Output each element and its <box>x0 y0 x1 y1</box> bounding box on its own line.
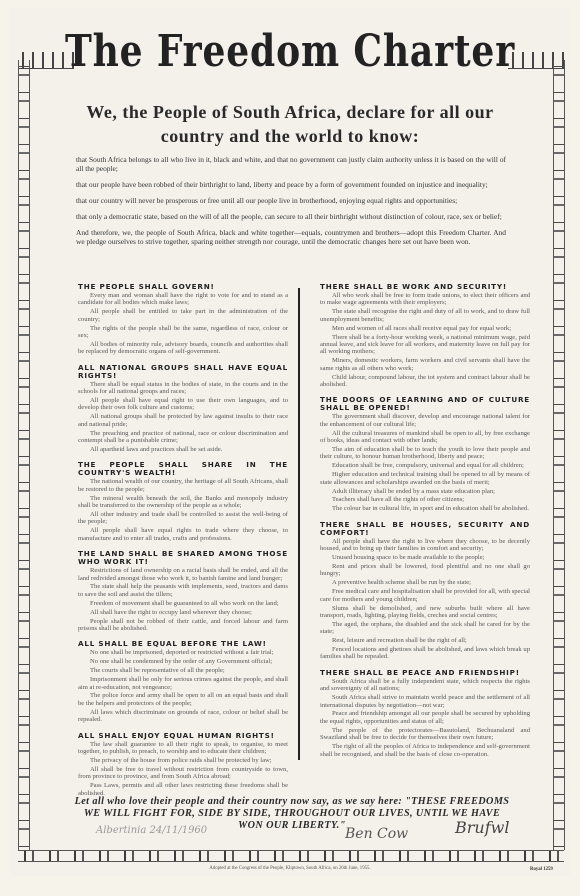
section-clause: Free medical care and hospitalisation sh… <box>320 588 530 603</box>
section-clause: The privacy of the house from police rai… <box>78 757 288 764</box>
section-clause: Restrictions of land ownership on a raci… <box>78 567 288 582</box>
section-clause: Unused housing space to be made availabl… <box>320 554 530 561</box>
section-clause: The courts shall be representative of al… <box>78 667 288 674</box>
left-column: THE PEOPLE SHALL GOVERN!Every man and wo… <box>78 283 288 805</box>
section-clause: All people shall have equal right to use… <box>78 397 288 412</box>
section-heading: THERE SHALL BE WORK AND SECURITY! <box>320 283 530 291</box>
section-clause: A preventive health scheme shall be run … <box>320 579 530 586</box>
section-clause: No one shall be imprisoned, deported or … <box>78 649 288 656</box>
section-clause: All national groups shall be protected b… <box>78 413 288 428</box>
charter-section: THERE SHALL BE WORK AND SECURITY!All who… <box>320 283 530 388</box>
section-clause: The police force and army shall be open … <box>78 692 288 707</box>
section-clause: All shall be free to travel without rest… <box>78 766 288 781</box>
section-clause: All people shall have the right to live … <box>320 538 530 553</box>
preamble-paragraph: that only a democratic state, based on t… <box>76 213 506 222</box>
preamble-paragraph: that our people have been robbed of thei… <box>76 181 506 190</box>
section-clause: The mineral wealth beneath the soil, the… <box>78 495 288 510</box>
section-clause: Rest, leisure and recreation shall be th… <box>320 637 530 644</box>
section-heading: THE PEOPLE SHALL GOVERN! <box>78 283 288 291</box>
document-title: The Freedom Charter <box>52 26 528 77</box>
section-clause: Slums shall be demolished, and new subur… <box>320 605 530 620</box>
section-clause: People shall not be robbed of their catt… <box>78 618 288 633</box>
charter-section: THE PEOPLE SHALL SHARE IN THE COUNTRY'S … <box>78 461 288 542</box>
charter-section: THERE SHALL BE HOUSES, SECURITY AND COMF… <box>320 521 530 661</box>
section-clause: The government shall discover, develop a… <box>320 413 530 428</box>
section-clause: Teachers shall have all the rights of ot… <box>320 496 530 503</box>
section-clause: Every man and woman shall have the right… <box>78 292 288 307</box>
charter-section: THE PEOPLE SHALL GOVERN!Every man and wo… <box>78 283 288 356</box>
section-clause: The colour bar in cultural life, in spor… <box>320 505 530 512</box>
section-clause: Freedom of movement shall be guaranteed … <box>78 600 288 607</box>
section-clause: All other industry and trade shall be co… <box>78 511 288 526</box>
section-clause: The preaching and practice of national, … <box>78 430 288 445</box>
charter-section: ALL NATIONAL GROUPS SHALL HAVE EQUAL RIG… <box>78 364 288 454</box>
signature-1: Ben Cow <box>345 826 408 842</box>
section-clause: Rent and prices shall be lowered, food p… <box>320 563 530 578</box>
preamble-paragraph: And therefore, we, the people of South A… <box>76 229 506 246</box>
section-heading: THE PEOPLE SHALL SHARE IN THE COUNTRY'S … <box>78 461 288 477</box>
charter-section: ALL SHALL BE EQUAL BEFORE THE LAW!No one… <box>78 640 288 723</box>
section-clause: Higher education and technical training … <box>320 471 530 486</box>
section-clause: Imprisonment shall be only for serious c… <box>78 676 288 691</box>
section-clause: Child labour, compound labour, the tot s… <box>320 374 530 389</box>
section-clause: All shall have the right to occupy land … <box>78 609 288 616</box>
section-clause: The state shall help the peasants with i… <box>78 583 288 598</box>
section-clause: All apartheid laws and practices shall b… <box>78 446 288 453</box>
section-clause: Miners, domestic workers, farm workers a… <box>320 357 530 372</box>
section-clause: All people shall be entitled to take par… <box>78 308 288 323</box>
section-clause: There shall be a forty-hour working week… <box>320 334 530 356</box>
section-clause: South Africa shall be a fully independen… <box>320 678 530 693</box>
section-heading: THE DOORS OF LEARNING AND OF CULTURE SHA… <box>320 396 530 412</box>
preamble: that South Africa belongs to all who liv… <box>76 156 506 254</box>
charter-section: THE DOORS OF LEARNING AND OF CULTURE SHA… <box>320 396 530 512</box>
handwritten-date: Albertinia 24/11/1960 <box>96 825 207 836</box>
section-clause: Peace and friendship amongst all our peo… <box>320 710 530 725</box>
section-clause: The aged, the orphans, the disabled and … <box>320 621 530 636</box>
preamble-paragraph: that South Africa belongs to all who liv… <box>76 156 506 173</box>
charter-section: ALL SHALL ENJOY EQUAL HUMAN RIGHTS!The l… <box>78 732 288 797</box>
ornamental-border-bottom <box>18 850 564 862</box>
section-clause: No one shall be condemned by the order o… <box>78 658 288 665</box>
section-clause: There shall be equal status in the bodie… <box>78 381 288 396</box>
preamble-paragraph: that our country will never be prosperou… <box>76 197 506 206</box>
section-heading: THERE SHALL BE PEACE AND FRIENDSHIP! <box>320 669 530 677</box>
section-clause: The national wealth of our country, the … <box>78 478 288 493</box>
section-clause: All people shall have equal rights to tr… <box>78 527 288 542</box>
section-clause: Men and women of all races shall receive… <box>320 325 530 332</box>
section-heading: ALL NATIONAL GROUPS SHALL HAVE EQUAL RIG… <box>78 364 288 380</box>
printer-mark: Royal 1259 <box>530 867 553 872</box>
section-clause: Fenced locations and ghettoes shall be a… <box>320 646 530 661</box>
section-clause: Education shall be free, compulsory, uni… <box>320 462 530 469</box>
ornamental-border-left <box>18 60 30 850</box>
section-clause: Adult illiteracy shall be ended by a mas… <box>320 488 530 495</box>
charter-section: THE LAND SHALL BE SHARED AMONG THOSE WHO… <box>78 550 288 632</box>
section-heading: ALL SHALL BE EQUAL BEFORE THE LAW! <box>78 640 288 648</box>
section-heading: THE LAND SHALL BE SHARED AMONG THOSE WHO… <box>78 550 288 566</box>
ornamental-border-right <box>553 60 565 850</box>
section-clause: The state shall recognise the right and … <box>320 308 530 323</box>
section-clause: The people of the protectorates—Basutola… <box>320 727 530 742</box>
section-clause: All bodies of minority rule, advisory bo… <box>78 341 288 356</box>
section-clause: All laws which discriminate on grounds o… <box>78 709 288 724</box>
footer-note: Adopted at the Congress of the People, K… <box>0 866 580 871</box>
signature-2: Brufwl <box>455 818 509 837</box>
section-clause: The rights of the people shall be the sa… <box>78 325 288 340</box>
column-divider <box>298 288 300 760</box>
document-subtitle: We, the People of South Africa, declare … <box>60 100 520 148</box>
section-clause: South Africa shall strive to maintain wo… <box>320 694 530 709</box>
section-heading: THERE SHALL BE HOUSES, SECURITY AND COMF… <box>320 521 530 537</box>
section-clause: The right of all the peoples of Africa t… <box>320 743 530 758</box>
section-clause: Pass Laws, permits and all other laws re… <box>78 782 288 797</box>
section-heading: ALL SHALL ENJOY EQUAL HUMAN RIGHTS! <box>78 732 288 740</box>
charter-section: THERE SHALL BE PEACE AND FRIENDSHIP!Sout… <box>320 669 530 758</box>
section-clause: The law shall guarantee to all their rig… <box>78 741 288 756</box>
right-column: THERE SHALL BE WORK AND SECURITY!All who… <box>320 283 530 766</box>
section-clause: All who work shall be free to form trade… <box>320 292 530 307</box>
section-clause: The aim of education shall be to teach t… <box>320 446 530 461</box>
section-clause: All the cultural treasures of mankind sh… <box>320 430 530 445</box>
